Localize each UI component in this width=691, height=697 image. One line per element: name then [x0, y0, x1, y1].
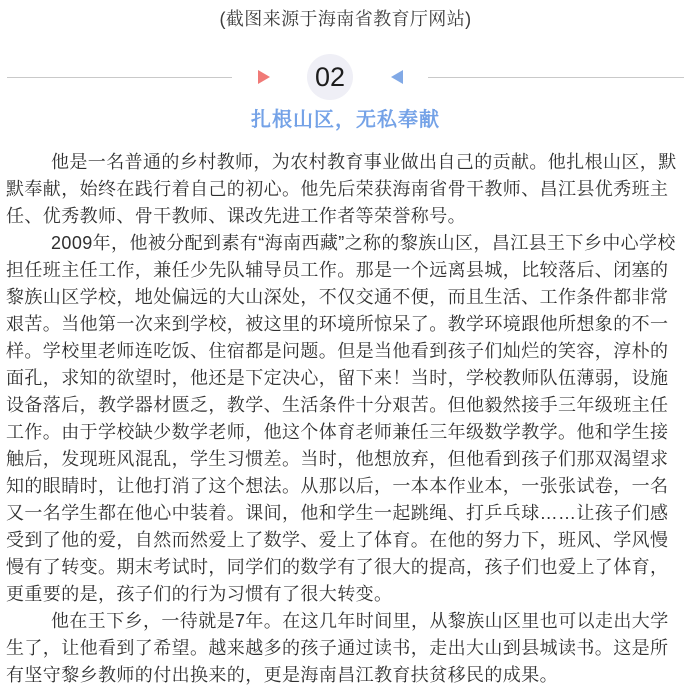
paragraph-2: 2009年，他被分配到素有“海南西藏”之称的黎族山区，昌江县王下乡中心学校担任班…: [6, 230, 685, 608]
image-source-caption: (截图来源于海南省教育厅网站): [0, 0, 691, 30]
divider-line-left: [7, 77, 232, 78]
paragraph-3: 他在王下乡，一待就是7年。在这几年时间里，从黎族山区里也可以走出大学生了，让他看…: [6, 608, 685, 689]
article-body: 他是一名普通的乡村教师，为农村教育事业做出自己的贡献。他扎根山区，默默奉献，始终…: [0, 149, 691, 689]
paragraph-1: 他是一名普通的乡村教师，为农村教育事业做出自己的贡献。他扎根山区，默默奉献，始终…: [6, 149, 685, 230]
article-page: (截图来源于海南省教育厅网站) 02 扎根山区，无私奉献 他是一名普通的乡村教师…: [0, 0, 691, 697]
section-title: 扎根山区，无私奉献: [0, 106, 691, 134]
right-triangle-icon: [258, 70, 270, 84]
left-triangle-icon: [391, 70, 403, 84]
divider-line-right: [428, 77, 684, 78]
section-number-badge: 02: [307, 54, 353, 100]
section-divider: 02: [0, 54, 691, 100]
